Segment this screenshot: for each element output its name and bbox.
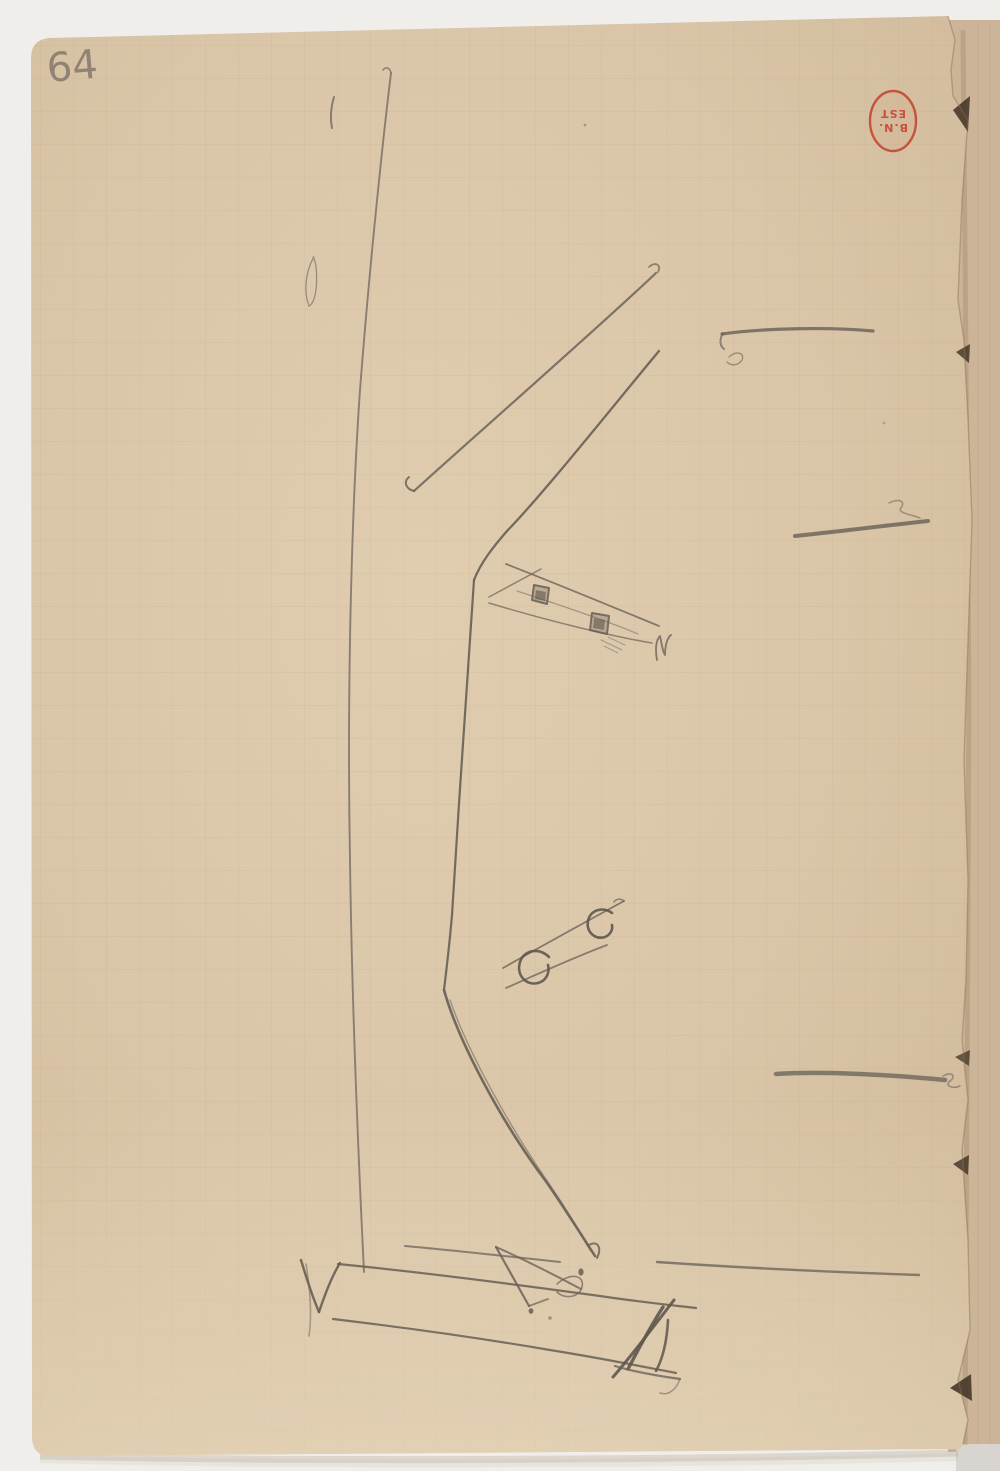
bar-stud-2-fill (593, 618, 605, 630)
scanned-page-container: 64 B.N. EST (0, 0, 1000, 1471)
page-paper (0, 0, 1000, 1471)
paper-freckle-3 (548, 1316, 552, 1320)
paper-freckle-1 (584, 124, 587, 127)
notebook-scan: 64 B.N. EST (0, 0, 1000, 1471)
page-number: 64 (45, 42, 100, 92)
library-stamp: B.N. EST (870, 91, 916, 151)
stroke-leg-end-blob (578, 1268, 583, 1275)
paper-freckle-2 (883, 422, 886, 425)
stamp-line-2: EST (880, 107, 906, 120)
triangle-dot (529, 1308, 534, 1314)
stamp-line-1: B.N. (878, 121, 908, 134)
squared-grid (0, 0, 1000, 1471)
stamp-oval (870, 91, 916, 151)
